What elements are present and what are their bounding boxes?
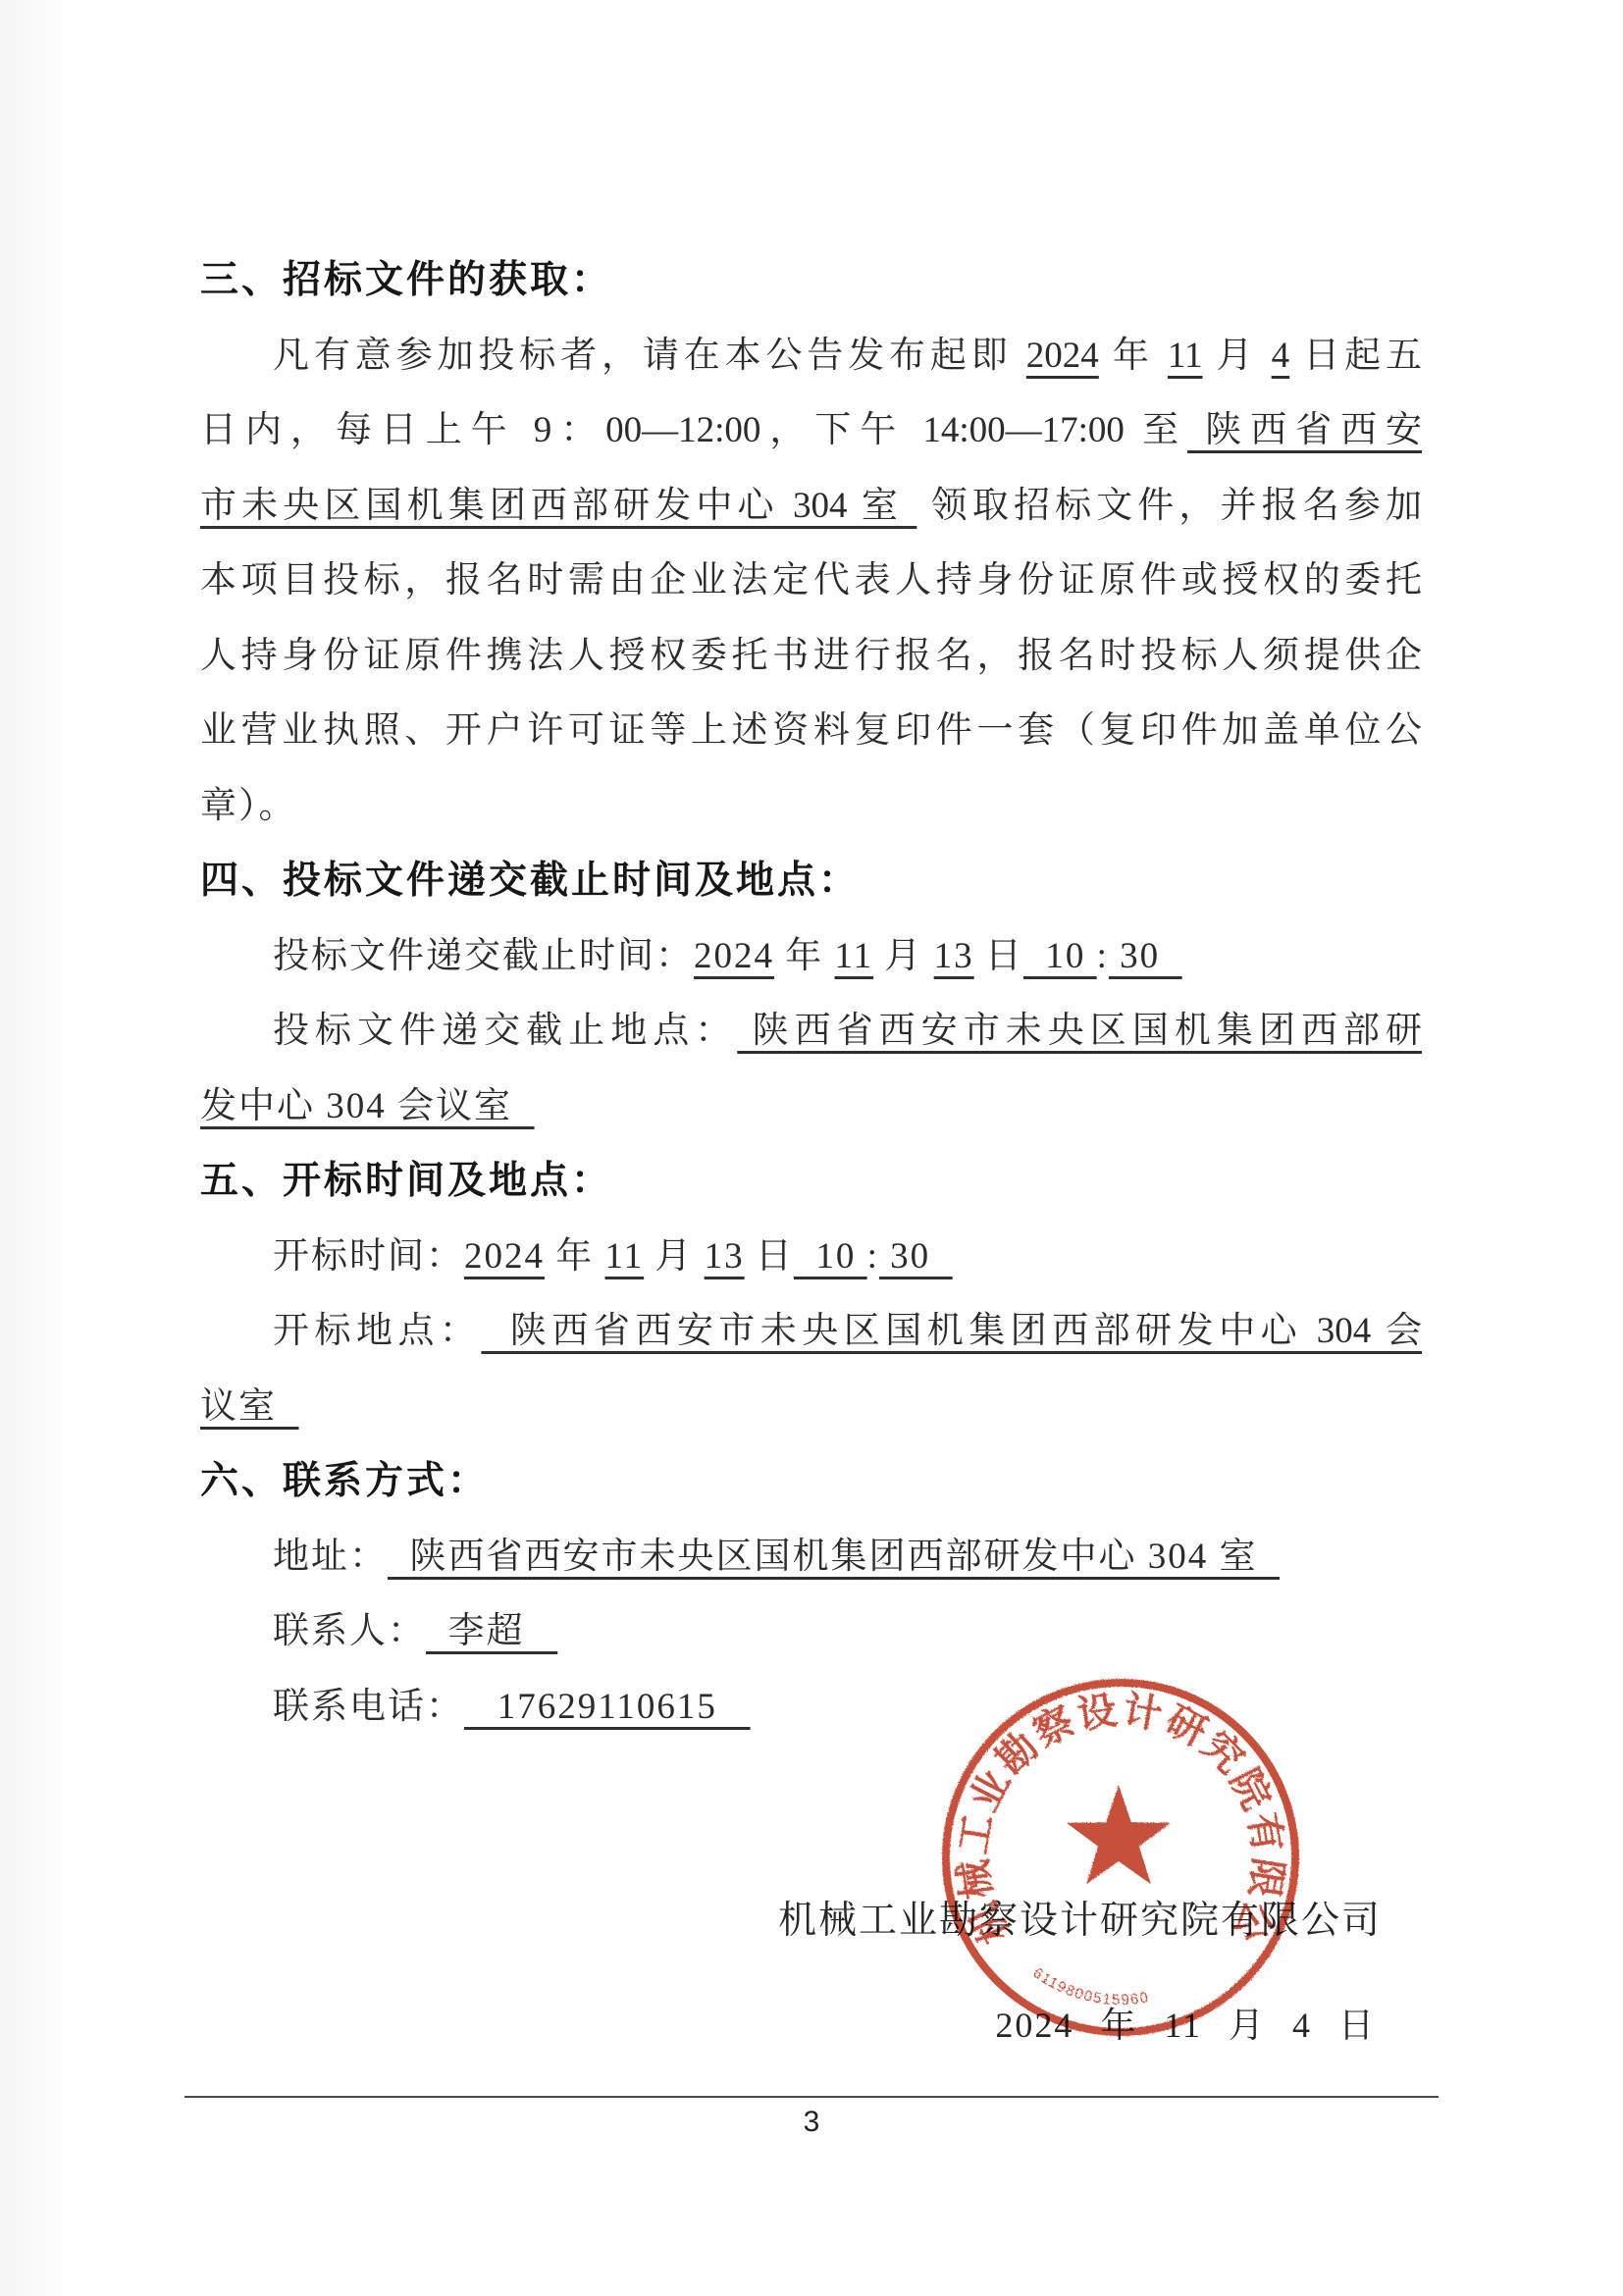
underlined-value: 陕西省西安市未央区国机集团西部研发中心 304 室	[388, 1537, 1280, 1577]
document-page: 三、招标文件的获取：凡有意参加投标者，请在本公告发布起即 2024 年 11 月…	[0, 0, 1623, 2296]
underlined-value: 2024	[694, 936, 774, 976]
section-heading: 三、招标文件的获取：	[200, 243, 1422, 319]
text-run: :	[867, 1236, 879, 1277]
document-body: 三、招标文件的获取：凡有意参加投标者，请在本公告发布起即 2024 年 11 月…	[200, 243, 1422, 1745]
underlined-value: 30	[879, 1236, 953, 1277]
text-line: 凡有意参加投标者，请在本公告发布起即 2024 年 11 月 4 日起五	[200, 319, 1422, 394]
text-run: 日起五	[1289, 336, 1422, 376]
text-run: 人持身份证原件携法人授权委托书进行报名，报名时投标人须提供企	[200, 636, 1422, 676]
underlined-value: 13	[934, 936, 974, 976]
underlined-value: 10	[1023, 936, 1097, 976]
underlined-value: 11	[835, 936, 874, 976]
seal-serial-number: 6119800515960	[1029, 1964, 1150, 2009]
text-line: 本项目投标，报名时需由企业法定代表人持身份证原件或授权的委托	[200, 544, 1422, 619]
text-run: 开标地点：	[273, 1311, 481, 1351]
text-line: 市未央区国机集团西部研发中心 304 室 领取招标文件，并报名参加	[200, 469, 1422, 545]
star-icon	[1067, 1785, 1172, 1884]
text-run: 日	[745, 1236, 794, 1277]
text-run: 月	[1203, 336, 1272, 376]
text-line: 议室	[200, 1370, 1422, 1445]
underlined-value: 发中心 304 会议室	[200, 1086, 535, 1126]
text-line: 章）。	[200, 769, 1422, 845]
text-run: 凡有意参加投标者，请在本公告发布起即	[273, 336, 1026, 376]
text-line: 投标文件递交截止地点： 陕西省西安市未央区国机集团西部研	[200, 994, 1422, 1070]
text-line: 日内，每日上午 9：00—12:00，下午 14:00—17:00 至 陕西省西…	[200, 393, 1422, 469]
underlined-value: 陕西省西安市未央区国机集团西部研发中心 304 会	[481, 1311, 1422, 1351]
text-run: 五、开标时间及地点：	[200, 1160, 612, 1202]
underlined-value: 李超	[426, 1611, 557, 1651]
text-run: 日	[974, 936, 1023, 976]
underlined-value: 议室	[200, 1386, 299, 1427]
text-line: 开标时间：2024 年 11 月 13 日 10 : 30	[200, 1220, 1422, 1295]
company-seal-stamp: 机械工业勘察设计研究院有限公司 6119800515960	[932, 1666, 1309, 2049]
text-line: 投标文件递交截止时间：2024 年 11 月 13 日 10 : 30	[200, 919, 1422, 995]
text-run: :	[1097, 936, 1109, 976]
section-heading: 五、开标时间及地点：	[200, 1144, 1422, 1220]
text-run: 投标文件递交截止时间：	[273, 936, 694, 976]
underlined-value: 市未央区国机集团西部研发中心 304 室	[200, 486, 916, 526]
text-run: 年	[545, 1236, 605, 1277]
text-run: 年	[774, 936, 835, 976]
text-run: 章）。	[200, 786, 297, 826]
text-line: 联系人： 李超	[200, 1594, 1422, 1670]
underlined-value: 2024	[464, 1236, 545, 1277]
text-run: 年	[1099, 336, 1168, 376]
text-line: 业营业执照、开户许可证等上述资料复印件一套（复印件加盖单位公	[200, 694, 1422, 769]
text-line: 人持身份证原件携法人授权委托书进行报名，报名时投标人须提供企	[200, 619, 1422, 695]
text-run: 六、联系方式：	[200, 1460, 489, 1502]
text-run: 联系人：	[273, 1611, 426, 1651]
underlined-value: 11	[605, 1236, 645, 1277]
section-heading: 四、投标文件递交截止时间及地点：	[200, 844, 1422, 919]
text-line: 发中心 304 会议室	[200, 1070, 1422, 1145]
underlined-value: 4	[1272, 336, 1290, 376]
text-run: 地址：	[273, 1537, 388, 1577]
text-run: 月	[873, 936, 934, 976]
text-run: 领取招标文件，并报名参加	[916, 486, 1422, 526]
text-line: 地址： 陕西省西安市未央区国机集团西部研发中心 304 室	[200, 1520, 1422, 1595]
underlined-value: 11	[1168, 336, 1203, 376]
text-run: 三、招标文件的获取：	[200, 259, 612, 301]
text-run: 联系电话：	[273, 1687, 464, 1727]
text-run: 月	[644, 1236, 705, 1277]
section-heading: 六、联系方式：	[200, 1444, 1422, 1520]
underlined-value: 陕西省西安市未央区国机集团西部研	[737, 1011, 1422, 1051]
text-run: 业营业执照、开户许可证等上述资料复印件一套（复印件加盖单位公	[200, 710, 1422, 751]
text-run: 投标文件递交截止地点：	[273, 1011, 737, 1051]
text-run: 四、投标文件递交截止时间及地点：	[200, 860, 860, 902]
underlined-value: 10	[794, 1236, 867, 1277]
underlined-value: 13	[705, 1236, 745, 1277]
text-run: 日内，每日上午 9：00—12:00，下午 14:00—17:00 至	[200, 410, 1187, 450]
underlined-value: 30	[1109, 936, 1182, 976]
text-run: 本项目投标，报名时需由企业法定代表人持身份证原件或授权的委托	[200, 560, 1422, 600]
page-number: 3	[184, 2106, 1439, 2139]
text-run: 开标时间：	[273, 1236, 464, 1277]
footer-divider	[184, 2096, 1439, 2098]
underlined-value: 陕西省西安	[1187, 410, 1422, 450]
underlined-value: 17629110615	[464, 1687, 751, 1727]
text-line: 开标地点： 陕西省西安市未央区国机集团西部研发中心 304 会	[200, 1294, 1422, 1370]
underlined-value: 2024	[1026, 336, 1099, 376]
